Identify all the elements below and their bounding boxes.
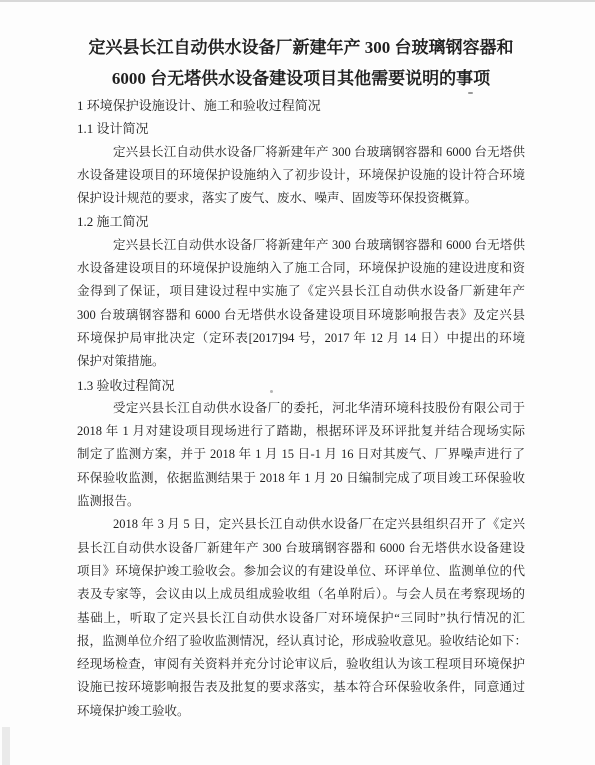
paragraph-line: 受定兴县长江自动供水设备厂的委托，河北华清环境科技股份有限公司于 <box>77 397 525 420</box>
paragraph-line: 设施已按环境影响报告表及批复的要求落实，基本符合环保验收条件，同意通过 <box>77 676 525 699</box>
document-page: 定兴县长江自动供水设备厂新建年产 300 台玻璃钢容器和 6000 台无塔供水设… <box>77 32 525 723</box>
document-title-line: 定兴县长江自动供水设备厂新建年产 300 台玻璃钢容器和 <box>77 32 525 63</box>
paragraph-line: 表及专家等，会议由以上成员组成验收组（名单附后）。与会人员在考察现场的 <box>77 583 525 606</box>
paragraph-line: 监测报告。 <box>77 490 525 513</box>
scan-edge-artifact <box>0 0 595 2</box>
paragraph-line: 环境保护局审批决定（定环表[2017]94 号，2017 年 12 月 14 日… <box>77 327 525 350</box>
section-heading: 1 环境保护设施设计、施工和验收过程简况 <box>77 94 525 117</box>
document-title-line: 6000 台无塔供水设备建设项目其他需要说明的事项 <box>77 63 525 94</box>
paragraph-line: 环境保护竣工验收。 <box>77 700 525 723</box>
paragraph-line: 水设备建设项目的环境保护设施纳入了初步设计，环境保护设施的设计符合环境 <box>77 164 525 187</box>
scan-shadow-artifact <box>2 727 10 765</box>
paragraph-line: 2018 年 1 月对建设项目现场进行了踏勘，根据环评及环评批复并结合现场实际 <box>77 420 525 443</box>
paragraph-line: 制定了监测方案，并于 2018 年 1 月 15 日-1 月 16 日对其废气、… <box>77 443 525 466</box>
section-heading: 1.1 设计简况 <box>77 117 525 140</box>
paragraph-line: 金得到了保证，项目建设过程中实施了《定兴县长江自动供水设备厂新建年产 <box>77 280 525 303</box>
paragraph-line: 2018 年 3 月 5 日，定兴县长江自动供水设备厂在定兴县组织召开了《定兴 <box>77 513 525 536</box>
section-heading: 1.3 验收过程简况 <box>77 374 525 397</box>
paragraph-line: 项目》环境保护竣工验收会。参加会议的有建设单位、环评单位、监测单位的代 <box>77 560 525 583</box>
document-body: 1 环境保护设施设计、施工和验收过程简况1.1 设计简况定兴县长江自动供水设备厂… <box>77 94 525 723</box>
paragraph-line: 经现场检查，审阅有关资料并充分讨论审议后，验收组认为该工程项目环境保护 <box>77 653 525 676</box>
paragraph-line: 保护对策措施。 <box>77 350 525 373</box>
paragraph-line: 保护设计规范的要求，落实了废气、废水、噪声、固废等环保投资概算。 <box>77 187 525 210</box>
paragraph-line: 300 台玻璃钢容器和 6000 台无塔供水设备建设项目环境影响报告表》及定兴县 <box>77 304 525 327</box>
paragraph-line: 报，监测单位介绍了验收监测情况，经认真讨论，形成验收意见。验收结论如下： <box>77 630 525 653</box>
paragraph-line: 县长江自动供水设备厂新建年产 300 台玻璃钢容器和 6000 台无塔供水设备建… <box>77 537 525 560</box>
paragraph-line: 定兴县长江自动供水设备厂将新建年产 300 台玻璃钢容器和 6000 台无塔供 <box>77 141 525 164</box>
paragraph-line: 环保验收监测，依据监测结果于 2018 年 1 月 20 日编制完成了项目竣工环… <box>77 467 525 490</box>
paragraph-line: 水设备建设项目的环境保护设施纳入了施工合同，环境保护设施的建设进度和资 <box>77 257 525 280</box>
paragraph-line: 定兴县长江自动供水设备厂将新建年产 300 台玻璃钢容器和 6000 台无塔供 <box>77 234 525 257</box>
paragraph-line: 基础上，听取了定兴县长江自动供水设备厂对环境保护“三同时”执行情况的汇 <box>77 607 525 630</box>
section-heading: 1.2 施工简况 <box>77 210 525 233</box>
